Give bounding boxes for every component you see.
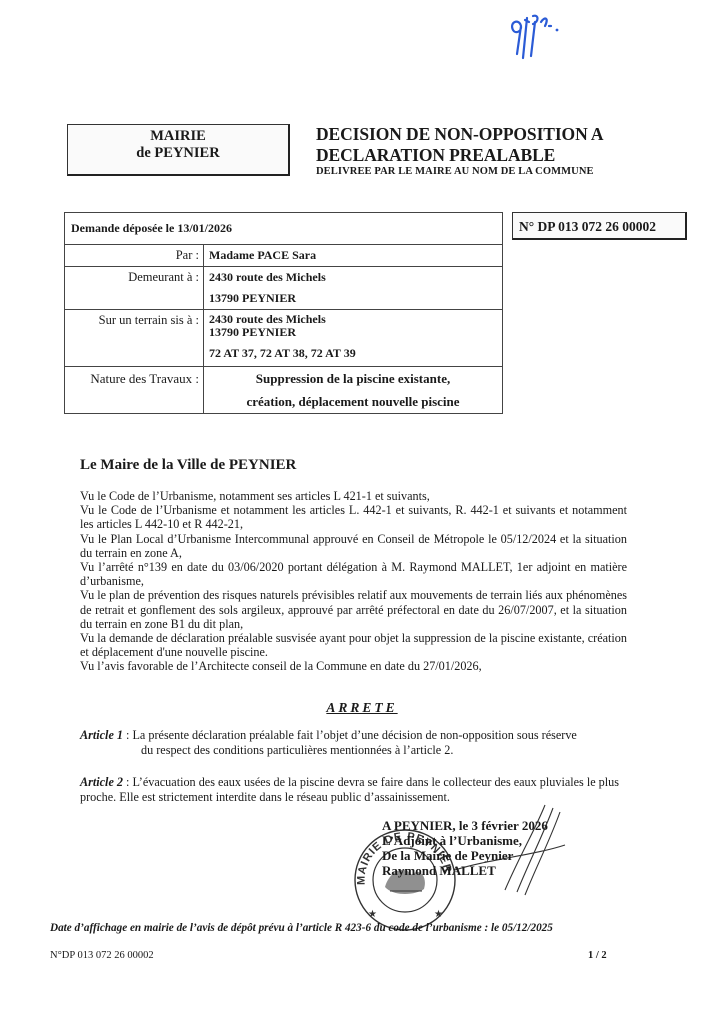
mairie-label: MAIRIE [68,128,288,145]
consideration: Vu le Plan Local d’Urbanisme Intercommun… [80,532,627,560]
title-line-2: DECLARATION PREALABLE [316,145,603,166]
article-1-text-continued: du respect des conditions particulières … [80,743,627,758]
consideration: Vu la demande de déclaration préalable s… [80,631,627,659]
works-label: Nature des Travaux : [65,367,199,390]
table-row-applicant: Par : Madame PACE Sara [65,245,503,267]
svg-text:★: ★ [368,909,377,920]
deposit-date: Demande déposée le 13/01/2026 [65,213,503,245]
consideration: Vu le Code de l’Urbanisme et notamment l… [80,503,627,531]
land-city: 13790 PEYNIER [209,324,502,344]
article-2-label: Article 2 [80,775,123,789]
consideration: Vu l’avis favorable de l’Architecte cons… [80,659,627,673]
table-row-works: Nature des Travaux : Suppression de la p… [65,367,503,414]
applicant-name: Madame PACE Sara [209,245,502,266]
article-1: Article 1 : La présente déclaration préa… [80,728,627,758]
applicant-label: Par : [65,245,199,266]
handwritten-initials-annotation [505,8,575,63]
land-label: Sur un terrain sis à : [65,310,199,331]
table-row-residence: Demeurant à : 2430 route des Michels 137… [65,267,503,310]
considerations-list: Vu le Code de l’Urbanisme, notamment ses… [80,489,627,674]
consideration: Vu le Code de l’Urbanisme, notamment ses… [80,489,627,503]
title-line-1: DECISION DE NON-OPPOSITION A [316,124,603,145]
residence-city: 13790 PEYNIER [209,288,502,309]
article-1-text: : La présente déclaration préalable fait… [123,728,577,742]
arrete-heading: ARRETE [0,700,724,716]
posting-date-note: Date d’affichage en mairie de l’avis de … [50,922,553,934]
consideration: Vu le plan de prévention des risques nat… [80,588,627,631]
land-parcels: 72 AT 37, 72 AT 38, 72 AT 39 [209,344,502,364]
works-line-2: création, déplacement nouvelle piscine [204,390,502,413]
signatory-entity: De la Mairie de Peynier [382,848,548,863]
table-row-land: Sur un terrain sis à : 2430 route des Mi… [65,310,503,367]
signatory-role: L’Adjoint à l’Urbanisme, [382,833,548,848]
signature-block: A PEYNIER, le 3 février 2026 L’Adjoint à… [382,818,548,878]
consideration: Vu l’arrêté n°139 en date du 03/06/2020 … [80,560,627,588]
signature-place-date: A PEYNIER, le 3 février 2026 [382,818,548,833]
dossier-number: N° DP 013 072 26 00002 [512,212,687,240]
works-line-1: Suppression de la piscine existante, [204,367,502,390]
document-title: DECISION DE NON-OPPOSITION A DECLARATION… [316,124,603,166]
signatory-name: Raymond MALLET [382,863,548,878]
footer-reference: N°DP 013 072 26 00002 [50,950,154,961]
request-details-table: Demande déposée le 13/01/2026 Par : Mada… [64,212,503,414]
page-number: 1 / 2 [588,950,607,961]
commune-label: de PEYNIER [68,145,288,162]
land-street: 2430 route des Michels [209,310,502,324]
mairie-header-box: MAIRIE de PEYNIER [67,124,290,176]
document-subtitle: DELIVREE PAR LE MAIRE AU NOM DE LA COMMU… [316,166,594,177]
svg-text:★: ★ [434,909,443,920]
authority-title: Le Maire de la Ville de PEYNIER [80,457,296,474]
residence-label: Demeurant à : [65,267,199,288]
article-1-label: Article 1 [80,728,123,742]
residence-street: 2430 route des Michels [209,267,502,288]
